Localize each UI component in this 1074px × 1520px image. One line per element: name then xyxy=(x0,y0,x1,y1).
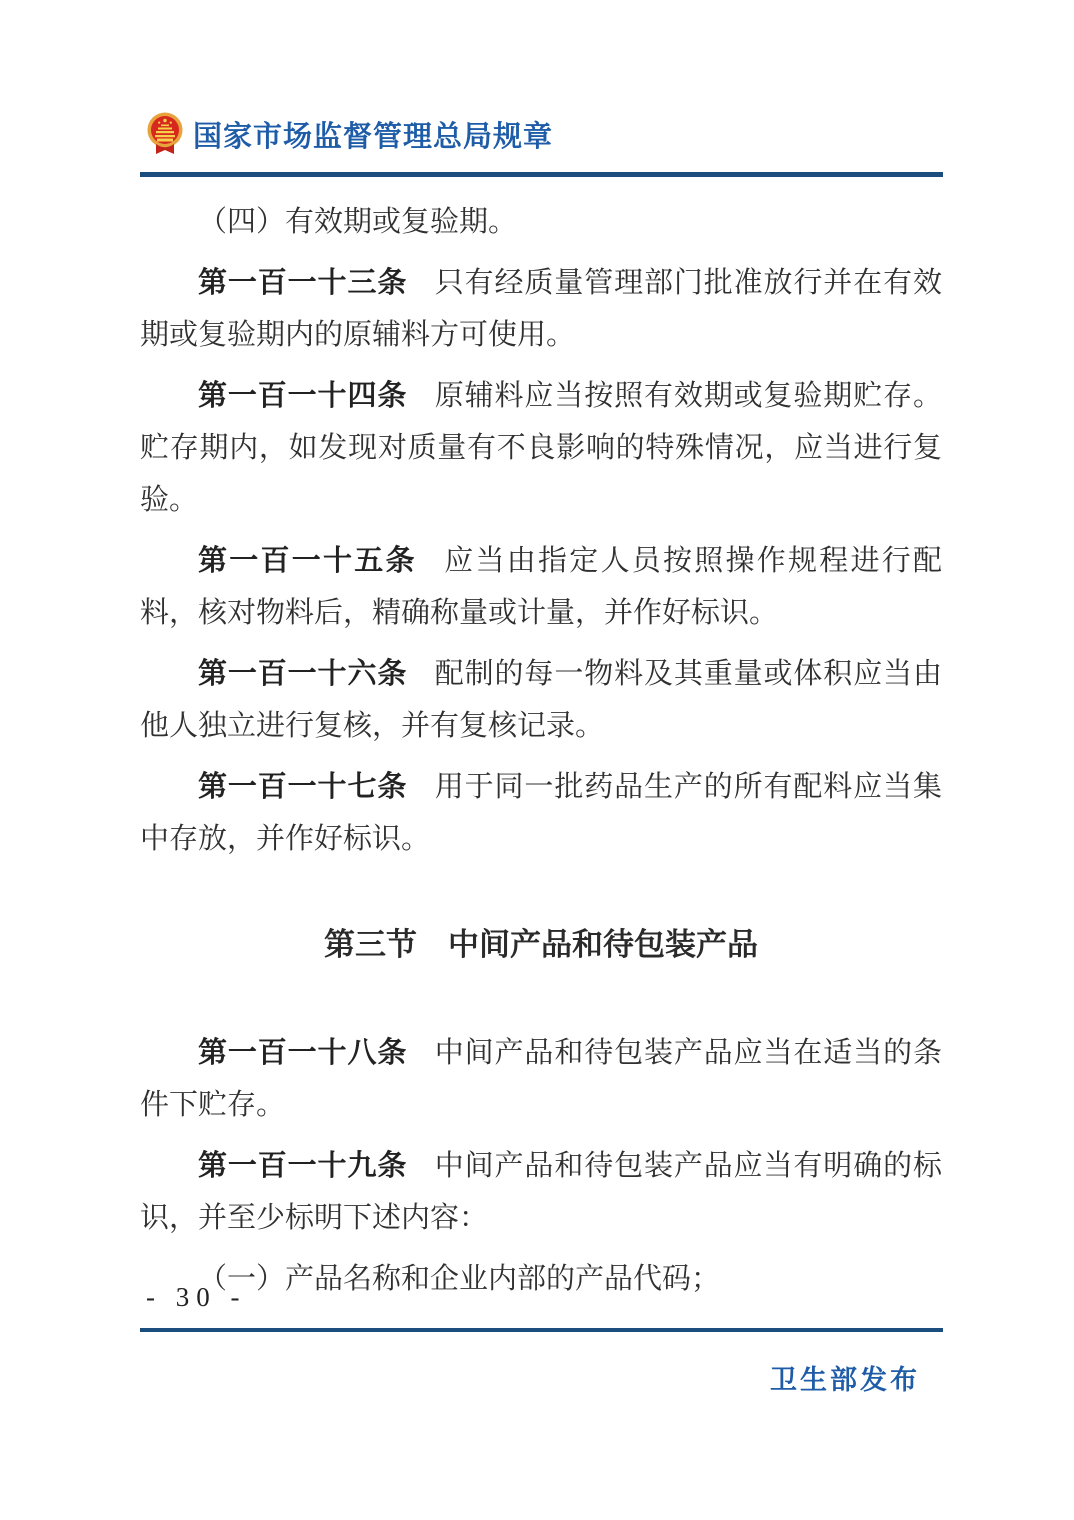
article-number: 第一百一十六条 xyxy=(198,658,407,690)
article-number: 第一百一十八条 xyxy=(198,1037,407,1069)
paragraph-article-114: 第一百一十四条原辅料应当按照有效期或复验期贮存。贮存期内，如发现对质量有不良影响… xyxy=(140,370,942,526)
page-header: 国家市场监督管理总局规章 xyxy=(146,110,553,158)
paragraph-article-113: 第一百一十三条只有经质量管理部门批准放行并在有效期或复验期内的原辅料方可使用。 xyxy=(140,257,942,361)
article-number: 第一百一十三条 xyxy=(198,267,407,299)
footer-divider xyxy=(140,1328,943,1332)
paragraph-text: （四）有效期或复验期。 xyxy=(198,206,517,238)
paragraph-article-116: 第一百一十六条配制的每一物料及其重量或体积应当由他人独立进行复核，并有复核记录。 xyxy=(140,648,942,752)
header-divider xyxy=(140,172,943,177)
paragraph-article-118: 第一百一十八条中间产品和待包装产品应当在适当的条件下贮存。 xyxy=(140,1027,942,1131)
document-body: （四）有效期或复验期。 第一百一十三条只有经质量管理部门批准放行并在有效期或复验… xyxy=(140,196,942,1314)
page-number: - 30 - xyxy=(146,1282,246,1313)
paragraph-item-1: （一）产品名称和企业内部的产品代码； xyxy=(140,1253,942,1305)
article-number: 第一百一十五条 xyxy=(198,545,417,577)
document-page: 国家市场监督管理总局规章 （四）有效期或复验期。 第一百一十三条只有经质量管理部… xyxy=(0,0,1074,1520)
page-header-title: 国家市场监督管理总局规章 xyxy=(193,114,553,155)
paragraph-item-4: （四）有效期或复验期。 xyxy=(140,196,942,248)
paragraph-article-115: 第一百一十五条应当由指定人员按照操作规程进行配料，核对物料后，精确称量或计量，并… xyxy=(140,535,942,639)
article-number: 第一百一十九条 xyxy=(198,1150,407,1182)
paragraph-article-117: 第一百一十七条用于同一批药品生产的所有配料应当集中存放，并作好标识。 xyxy=(140,761,942,865)
paragraph-text: （一）产品名称和企业内部的产品代码； xyxy=(198,1263,720,1295)
national-emblem-icon xyxy=(146,110,184,158)
paragraph-article-119: 第一百一十九条中间产品和待包装产品应当有明确的标识，并至少标明下述内容： xyxy=(140,1140,942,1244)
section-heading: 第三节 中间产品和待包装产品 xyxy=(140,919,942,971)
publisher-label: 卫生部发布 xyxy=(770,1358,920,1397)
article-number: 第一百一十四条 xyxy=(198,380,407,412)
article-number: 第一百一十七条 xyxy=(198,771,407,803)
